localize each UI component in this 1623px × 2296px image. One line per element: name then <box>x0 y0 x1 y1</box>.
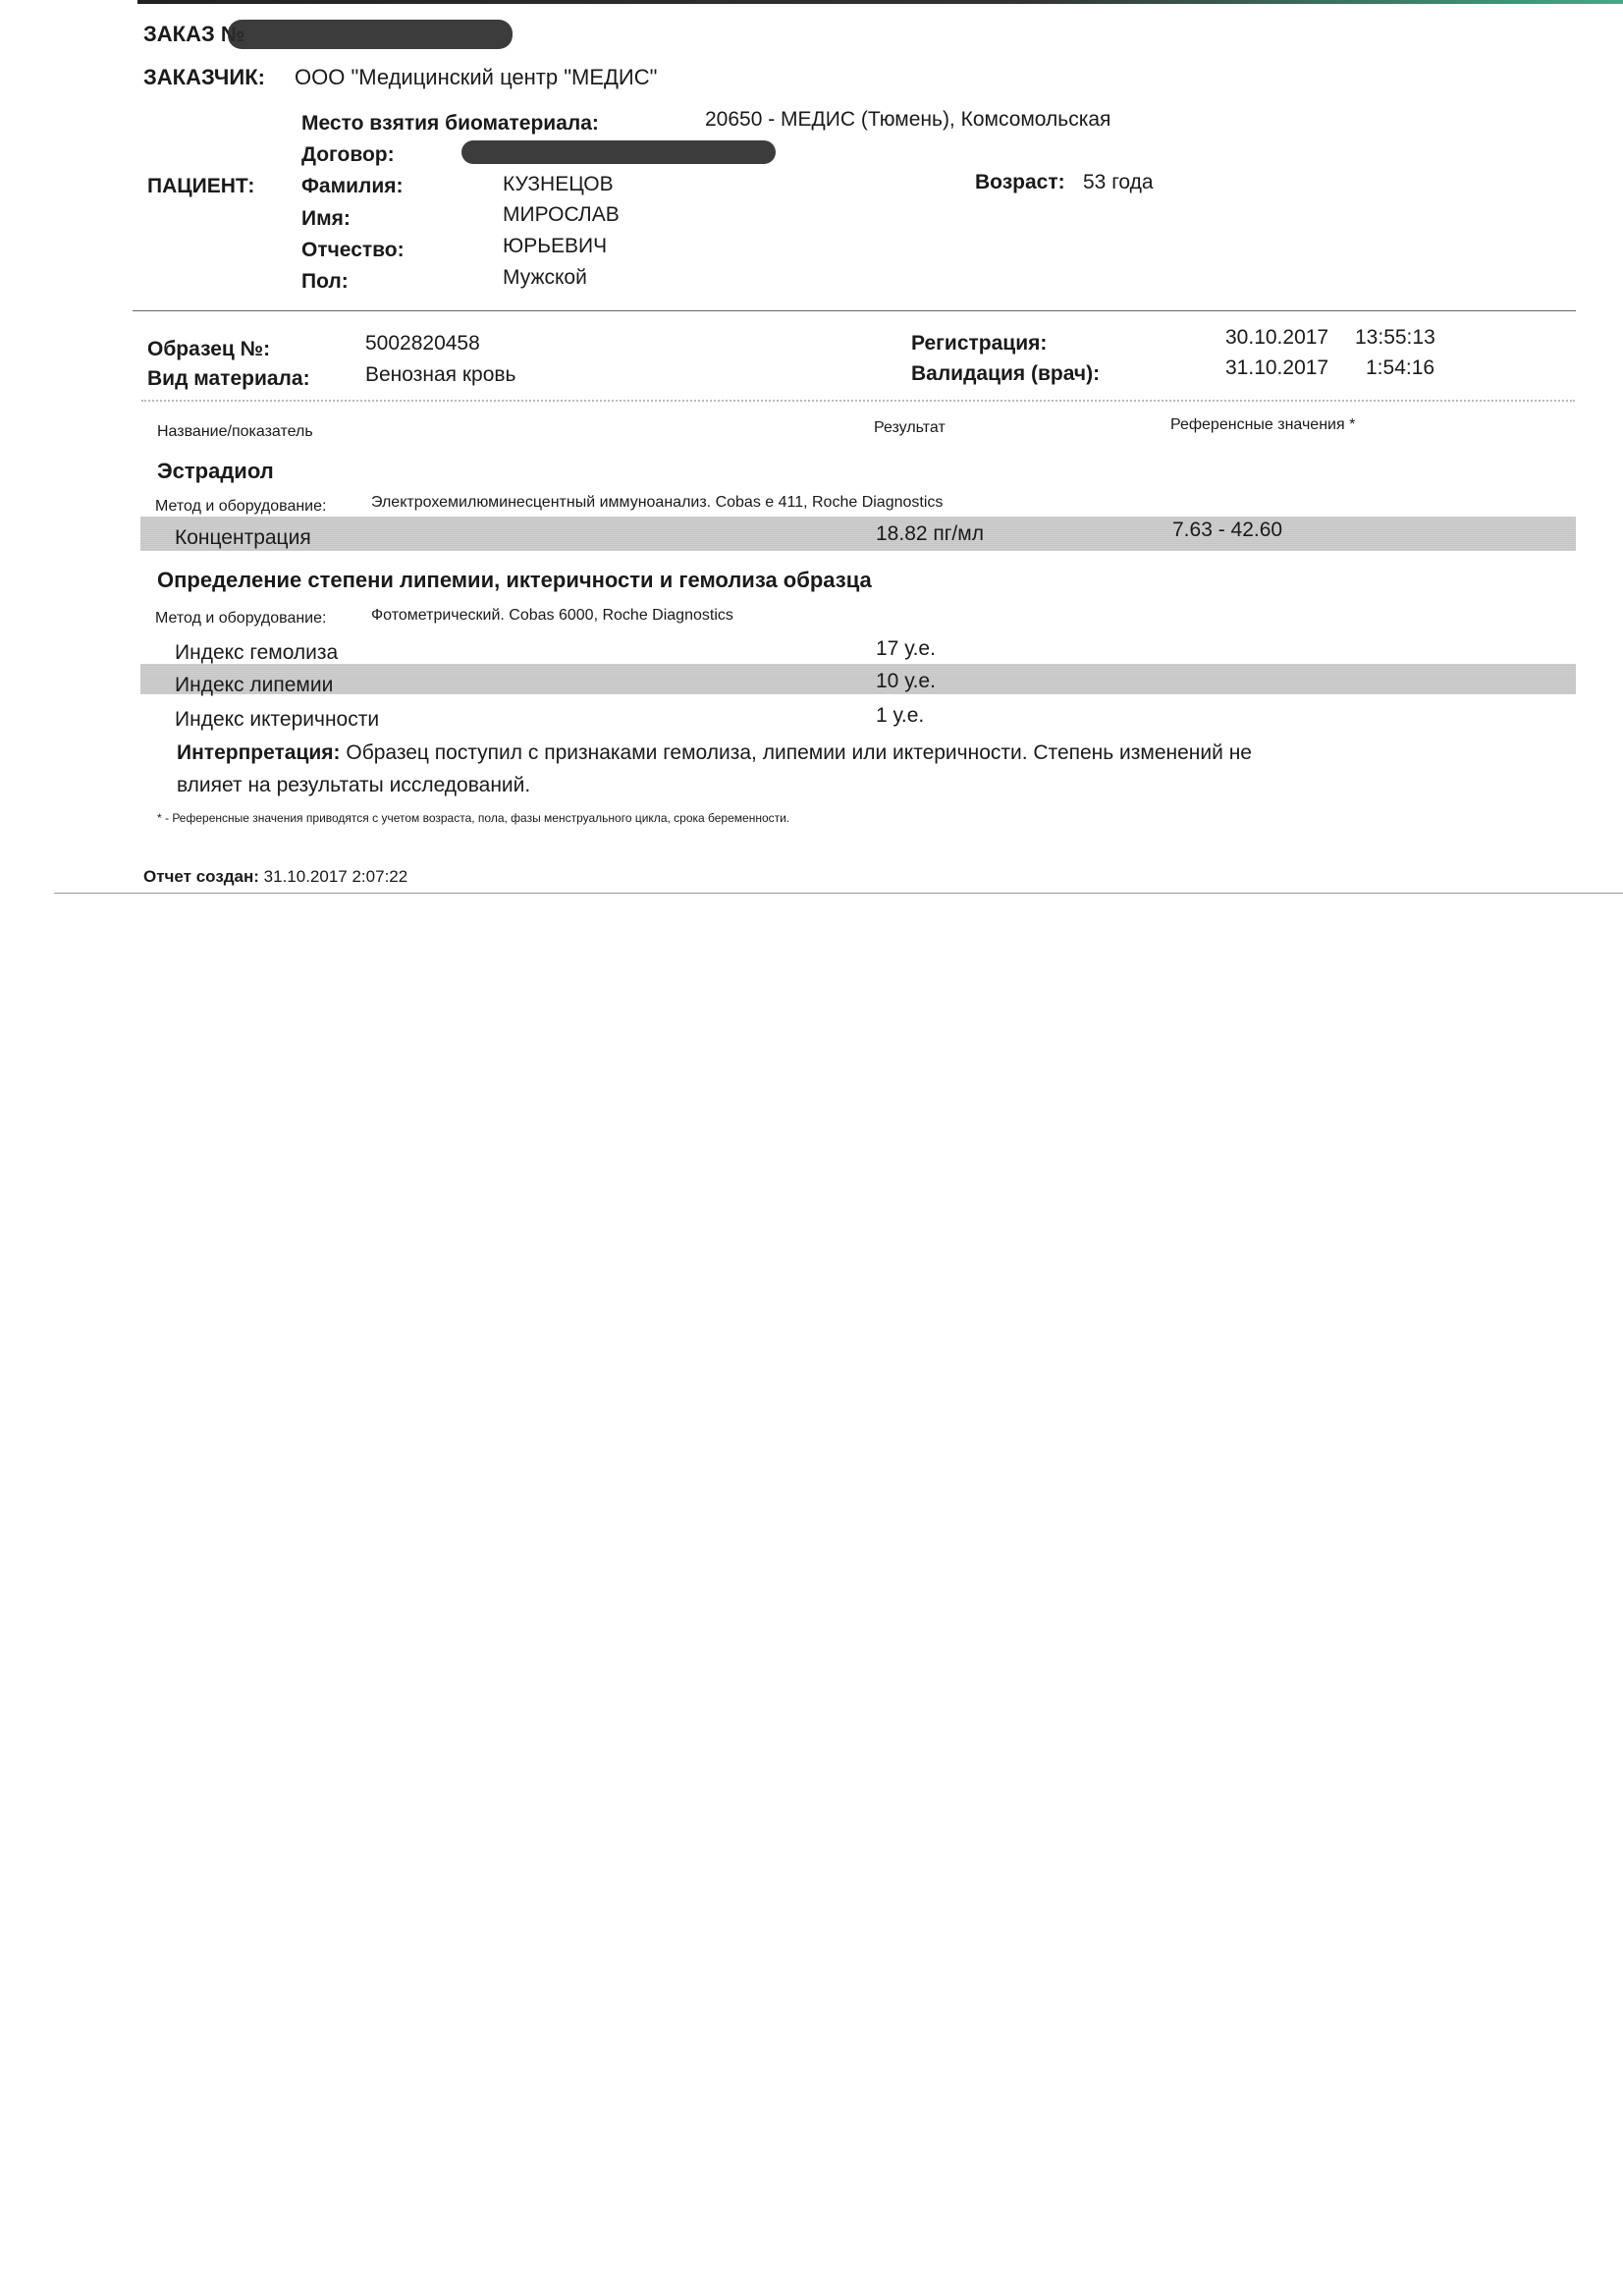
age-label: Возраст: <box>975 171 1065 194</box>
name-label: Имя: <box>301 207 351 231</box>
interpretation-text-line2: влияет на результаты исследований. <box>177 774 530 797</box>
table-row-name: Индекс гемолиза <box>175 641 338 665</box>
name-value: МИРОСЛАВ <box>503 203 620 227</box>
sex-label: Пол: <box>301 270 349 294</box>
section-divider <box>133 310 1576 311</box>
table-row-result: 17 у.е. <box>876 637 936 661</box>
table-row-reference: 7.63 - 42.60 <box>1172 519 1282 542</box>
method-value: Электрохемилюминесцентный иммуноанализ. … <box>371 494 943 512</box>
validation-date: 31.10.2017 <box>1225 356 1328 380</box>
table-row-shade <box>140 517 1576 551</box>
biomaterial-place-value: 20650 - МЕДИС (Тюмень), Комсомольская <box>705 108 1110 132</box>
customer-label: ЗАКАЗЧИК: <box>143 65 265 90</box>
footnote: * - Референсные значения приводятся с уч… <box>157 811 789 825</box>
order-number-redacted <box>228 20 513 49</box>
top-border <box>137 0 1623 4</box>
surname-label: Фамилия: <box>301 175 404 198</box>
patronymic-value: ЮРЬЕВИЧ <box>503 235 607 258</box>
dotted-divider <box>141 400 1575 402</box>
table-row-name: Индекс иктеричности <box>175 708 379 732</box>
table-row-result: 18.82 пг/мл <box>876 522 984 546</box>
surname-value: КУЗНЕЦОВ <box>503 173 614 196</box>
age-value: 53 года <box>1083 171 1154 194</box>
report-created-value: 31.10.2017 2:07:22 <box>264 867 408 886</box>
customer-value: ООО "Медицинский центр "МЕДИС" <box>295 65 657 90</box>
sample-number-value: 5002820458 <box>365 332 480 355</box>
section-title-estradiol: Эстрадиол <box>157 459 274 484</box>
method-value: Фотометрический. Cobas 6000, Roche Diagn… <box>371 607 733 625</box>
registration-date: 30.10.2017 <box>1225 326 1328 350</box>
patient-label: ПАЦИЕНТ: <box>147 175 254 198</box>
table-row-name: Концентрация <box>175 526 311 550</box>
table-row-name: Индекс липемии <box>175 674 333 697</box>
table-row-result: 1 у.е. <box>876 704 924 728</box>
validation-label: Валидация (врач): <box>911 362 1100 386</box>
table-row-shade <box>140 664 1576 694</box>
interpretation: Интерпретация: Образец поступил с призна… <box>177 741 1252 765</box>
interpretation-label: Интерпретация: <box>177 741 341 764</box>
method-label: Метод и оборудование: <box>155 498 326 516</box>
header-name: Название/показатель <box>157 423 313 441</box>
table-row-result: 10 у.е. <box>876 670 936 693</box>
section-title-lipemia: Определение степени липемии, иктеричност… <box>157 568 872 593</box>
sample-number-label: Образец №: <box>147 338 270 361</box>
contract-label: Договор: <box>301 143 395 167</box>
registration-time: 13:55:13 <box>1355 326 1435 350</box>
method-label: Метод и оборудование: <box>155 610 326 628</box>
material-value: Венозная кровь <box>365 363 515 387</box>
header-reference: Референсные значения * <box>1170 416 1355 434</box>
biomaterial-place-label: Место взятия биоматериала: <box>301 112 599 136</box>
report-created-label: Отчет создан: <box>143 867 259 886</box>
footer-divider <box>54 893 1623 894</box>
sex-value: Мужской <box>503 266 587 290</box>
validation-time: 1:54:16 <box>1366 356 1434 380</box>
report-created: Отчет создан: 31.10.2017 2:07:22 <box>143 867 407 887</box>
registration-label: Регистрация: <box>911 332 1047 355</box>
interpretation-text-line1: Образец поступил с признаками гемолиза, … <box>346 741 1252 764</box>
header-result: Результат <box>874 419 946 437</box>
patronymic-label: Отчество: <box>301 239 405 262</box>
material-label: Вид материала: <box>147 367 310 391</box>
contract-number-redacted <box>461 140 776 164</box>
